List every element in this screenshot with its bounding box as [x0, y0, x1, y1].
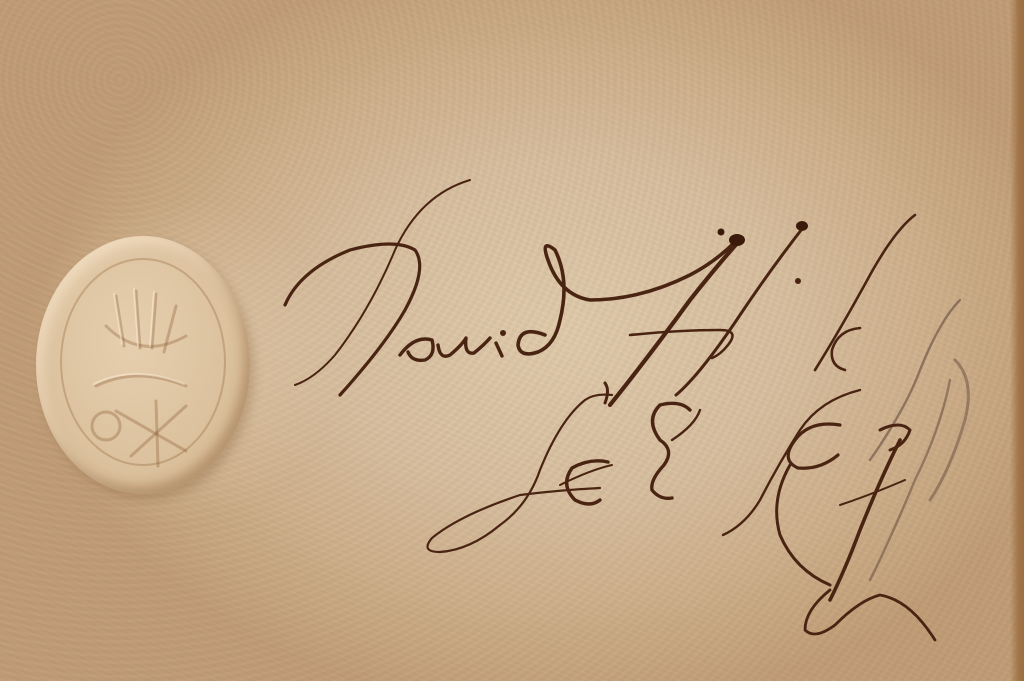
handwritten-signature: [0, 0, 1024, 681]
paper-edge-shadow: [1010, 0, 1024, 681]
document-photo: Dauid ffilche Sec Reg Embossed paper sea…: [0, 0, 1024, 681]
